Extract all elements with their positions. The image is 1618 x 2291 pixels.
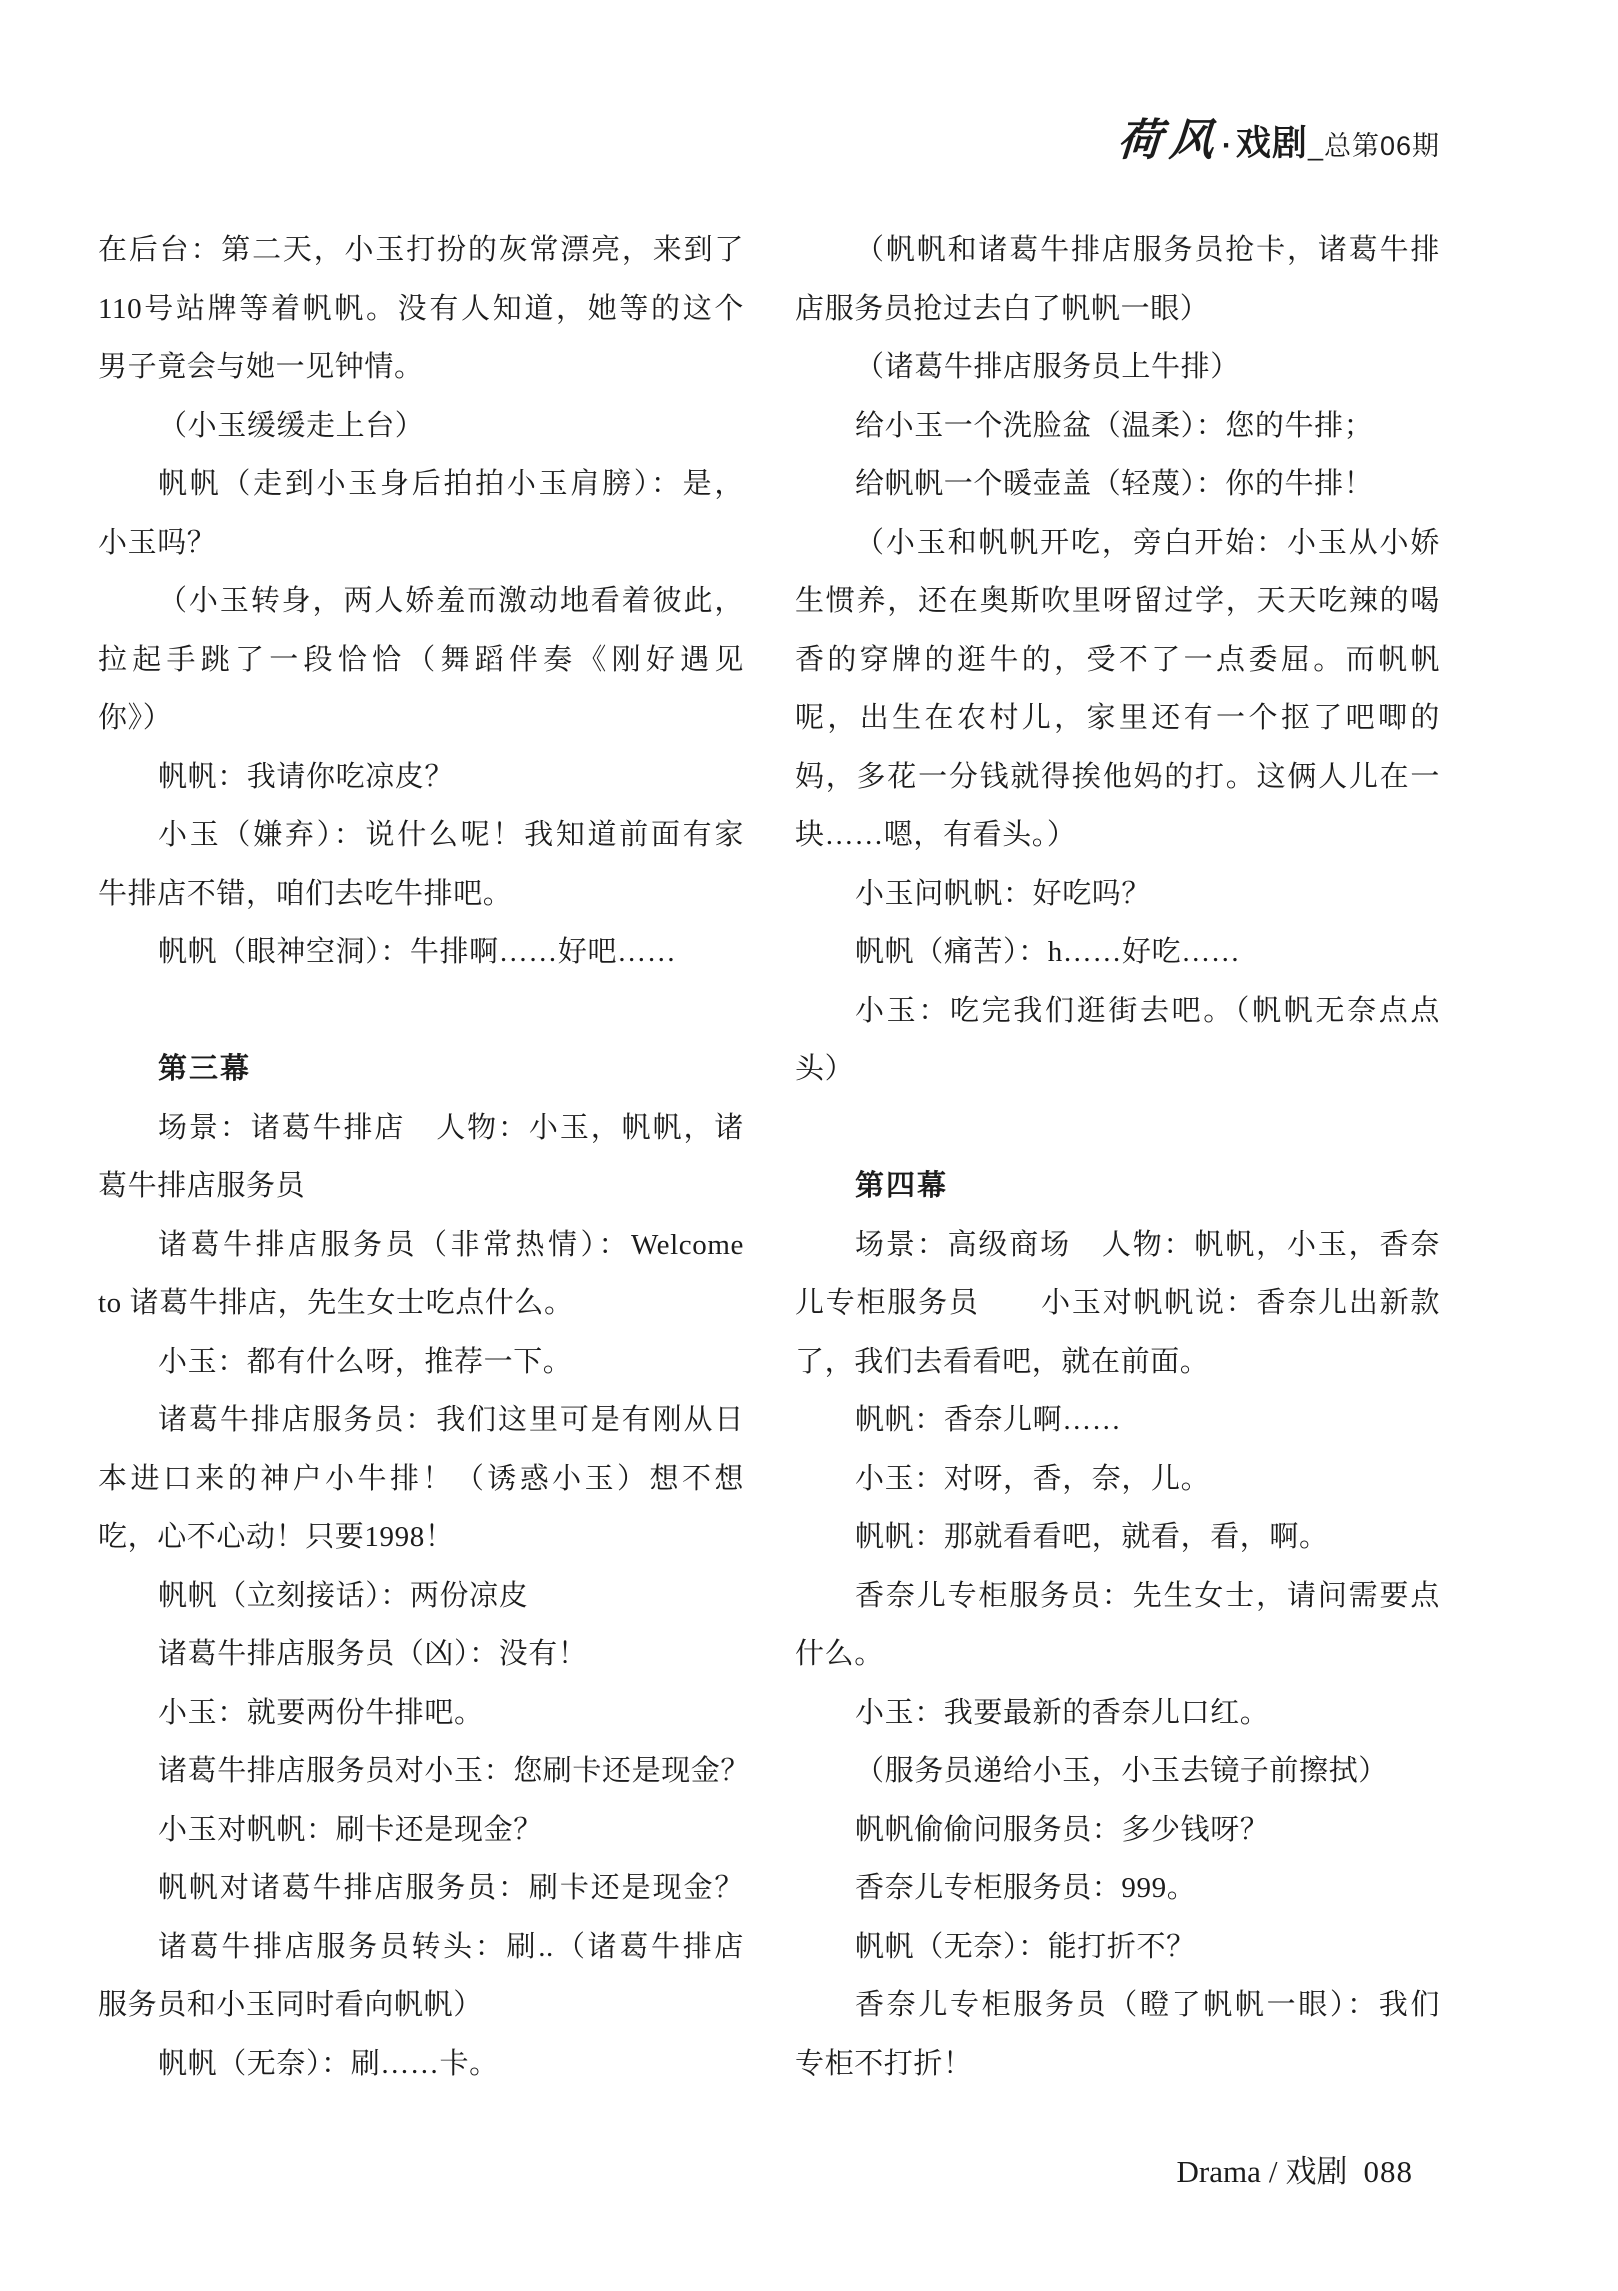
script-line: （小玉转身，两人娇羞而激动地看着彼此， (98, 572, 744, 631)
script-line: 你》） (98, 689, 744, 748)
blank-line (98, 982, 744, 1041)
footer-section-en: Drama (1177, 2154, 1261, 2189)
script-line: 帆帆（眼神空洞）：牛排啊……好吧…… (98, 923, 744, 982)
script-line: 小玉（嫌弃）：说什么呢！我知道前面有家 (98, 806, 744, 865)
script-line: 小玉吗？ (98, 514, 744, 573)
script-line: 小玉：我要最新的香奈儿口红。 (795, 1684, 1440, 1743)
script-line: 帆帆：我请你吃凉皮？ (98, 748, 744, 807)
script-line: 在后台：第二天，小玉打扮的灰常漂亮，来到了 (98, 221, 744, 280)
script-line: 诸葛牛排店服务员转头：刷..（诸葛牛排店 (98, 1918, 744, 1977)
script-line: 本进口来的神户小牛排！（诱惑小玉）想不想 (98, 1450, 744, 1509)
script-line: 帆帆对诸葛牛排店服务员：刷卡还是现金？ (98, 1859, 744, 1918)
brand-separator-dot: · (1222, 129, 1232, 163)
scene-heading: 第三幕 (98, 1040, 744, 1099)
left-text-column: 在后台：第二天，小玉打扮的灰常漂亮，来到了110号站牌等着帆帆。没有人知道，她等… (98, 221, 744, 2093)
script-line: 小玉：就要两份牛排吧。 (98, 1684, 744, 1743)
script-line: 110号站牌等着帆帆。没有人知道，她等的这个 (98, 280, 744, 339)
script-line: 诸葛牛排店服务员：我们这里可是有刚从日 (98, 1391, 744, 1450)
issue-label: _总第06期 (1308, 124, 1440, 163)
right-text-column: （帆帆和诸葛牛排店服务员抢卡，诸葛牛排店服务员抢过去白了帆帆一眼）（诸葛牛排店服… (795, 221, 1440, 2093)
script-line: 香奈儿专柜服务员：999。 (795, 1859, 1440, 1918)
brand-logo-script: 荷风 (1116, 104, 1224, 168)
script-line: 帆帆（无奈）：能打折不？ (795, 1918, 1440, 1977)
script-line: （诸葛牛排店服务员上牛排） (795, 338, 1440, 397)
script-line: 小玉对帆帆：刷卡还是现金？ (98, 1801, 744, 1860)
script-line: 给小玉一个洗脸盆（温柔）：您的牛排； (795, 397, 1440, 456)
script-line: 头） (795, 1040, 1440, 1099)
script-line: 拉起手跳了一段恰恰（舞蹈伴奏《刚好遇见 (98, 631, 744, 690)
script-line: 呢，出生在农村儿，家里还有一个抠了吧唧的 (795, 689, 1440, 748)
script-line: 场景：诸葛牛排店 人物：小玉，帆帆，诸 (98, 1099, 744, 1158)
magazine-header: 荷风 · 戏剧 _总第06期 (1118, 104, 1440, 168)
script-line: 诸葛牛排店服务员（凶）：没有！ (98, 1625, 744, 1684)
script-line: 了，我们去看看吧，就在前面。 (795, 1333, 1440, 1392)
magazine-page: 荷风 · 戏剧 _总第06期 在后台：第二天，小玉打扮的灰常漂亮，来到了110号… (0, 0, 1618, 2291)
script-line: 小玉：吃完我们逛街去吧。（帆帆无奈点点 (795, 982, 1440, 1041)
blank-line (795, 1099, 1440, 1158)
script-line: （小玉缓缓走上台） (98, 397, 744, 456)
script-line: 诸葛牛排店服务员（非常热情）：Welcome (98, 1216, 744, 1275)
script-line: 小玉：都有什么呀，推荐一下。 (98, 1333, 744, 1392)
footer-section-zh: 戏剧 (1286, 2154, 1348, 2189)
script-line: 帆帆（走到小玉身后拍拍小玉肩膀）：是， (98, 455, 744, 514)
script-line: 男子竟会与她一见钟情。 (98, 338, 744, 397)
script-line: 帆帆（立刻接话）：两份凉皮 (98, 1567, 744, 1626)
footer-slash: / (1269, 2154, 1278, 2189)
scene-heading: 第四幕 (795, 1157, 1440, 1216)
script-line: 诸葛牛排店服务员对小玉：您刷卡还是现金？ (98, 1742, 744, 1801)
script-line: （小玉和帆帆开吃，旁白开始：小玉从小娇 (795, 514, 1440, 573)
script-line: 什么。 (795, 1625, 1440, 1684)
script-line: to 诸葛牛排店，先生女士吃点什么。 (98, 1274, 744, 1333)
script-line: 香的穿牌的逛牛的，受不了一点委屈。而帆帆 (795, 631, 1440, 690)
script-line: （服务员递给小玉，小玉去镜子前擦拭） (795, 1742, 1440, 1801)
script-line: 生惯养，还在奥斯吹里呀留过学，天天吃辣的喝 (795, 572, 1440, 631)
script-line: （帆帆和诸葛牛排店服务员抢卡，诸葛牛排 (795, 221, 1440, 280)
script-line: 吃，心不心动！只要1998！ (98, 1508, 744, 1567)
script-line: 儿专柜服务员 小玉对帆帆说：香奈儿出新款 (795, 1274, 1440, 1333)
brand-section-title: 戏剧 (1236, 116, 1308, 166)
script-line: 帆帆（痛苦）：h……好吃…… (795, 923, 1440, 982)
script-line: 帆帆（无奈）：刷……卡。 (98, 2035, 744, 2094)
script-line: 香奈儿专柜服务员（瞪了帆帆一眼）：我们 (795, 1976, 1440, 2035)
script-line: 小玉问帆帆：好吃吗？ (795, 865, 1440, 924)
page-footer: Drama/戏剧088 (0, 2146, 1413, 2191)
script-line: 服务员和小玉同时看向帆帆） (98, 1976, 744, 2035)
script-line: 专柜不打折！ (795, 2035, 1440, 2094)
script-line: 块……嗯，有看头。） (795, 806, 1440, 865)
script-line: 小玉：对呀，香，奈，儿。 (795, 1450, 1440, 1509)
script-line: 妈，多花一分钱就得挨他妈的打。这俩人儿在一 (795, 748, 1440, 807)
script-line: 牛排店不错，咱们去吃牛排吧。 (98, 865, 744, 924)
script-line: 帆帆：那就看看吧，就看，看，啊。 (795, 1508, 1440, 1567)
script-line: 店服务员抢过去白了帆帆一眼） (795, 280, 1440, 339)
page-number: 088 (1364, 2154, 1414, 2189)
script-line: 场景：高级商场 人物：帆帆，小玉，香奈 (795, 1216, 1440, 1275)
script-line: 给帆帆一个暖壶盖（轻蔑）：你的牛排！ (795, 455, 1440, 514)
script-line: 葛牛排店服务员 (98, 1157, 744, 1216)
script-line: 香奈儿专柜服务员：先生女士，请问需要点 (795, 1567, 1440, 1626)
script-line: 帆帆：香奈儿啊…… (795, 1391, 1440, 1450)
script-line: 帆帆偷偷问服务员：多少钱呀？ (795, 1801, 1440, 1860)
